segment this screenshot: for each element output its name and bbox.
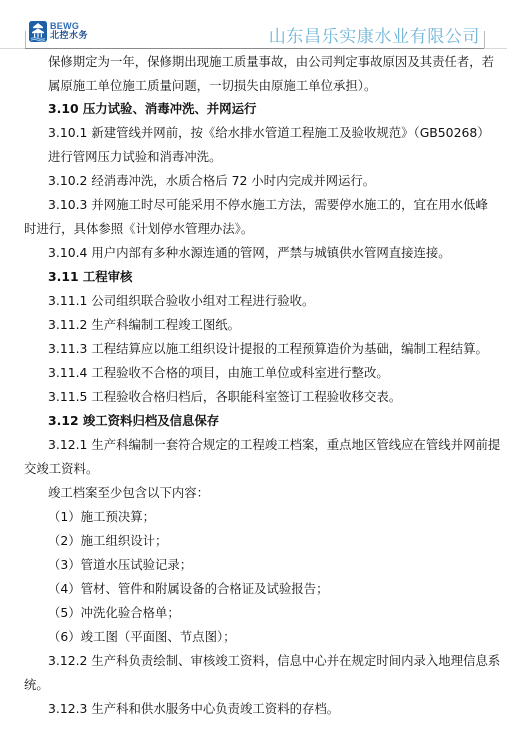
list-item: （4）管材、管件和附属设备的合格证及试验报告； bbox=[48, 581, 328, 597]
paragraph-line: 进行管网压力试验和消毒冲洗。 bbox=[48, 149, 221, 165]
logo-english-text: BEWG bbox=[50, 22, 88, 31]
paragraph-line: 3.12.3 生产科和供水服务中心负责竣工资料的存档。 bbox=[48, 701, 339, 717]
paragraph-line: 3.11.1 公司组织联合验收小组对工程进行验收。 bbox=[48, 293, 314, 309]
paragraph-line: 3.11.3 工程结算应以施工组织设计提报的工程预算造价为基础，编制工程结算。 bbox=[48, 341, 488, 357]
header-rule bbox=[25, 48, 484, 49]
header-rule-left bbox=[0, 48, 25, 49]
section-heading-3-12: 3.12 竣工资料归档及信息保存 bbox=[48, 413, 219, 429]
list-item: （6）竣工图（平面图、节点图）； bbox=[48, 629, 236, 645]
paragraph-line: 时进行，具体参照《计划停水管理办法》。 bbox=[24, 221, 253, 237]
paragraph-line: 属原施工单位施工质量问题，一切损失由原施工单位承担）。 bbox=[48, 78, 376, 94]
list-item: （3）管道水压试验记录； bbox=[48, 557, 192, 573]
header-corner-right bbox=[484, 31, 485, 48]
section-heading-3-11: 3.11 工程审核 bbox=[48, 269, 132, 285]
paragraph-line: 3.11.4 工程验收不合格的项目，由施工单位或科室进行整改。 bbox=[48, 365, 389, 381]
paragraph-line: 3.11.5 工程验收合格归档后，各职能科室签订工程验收移交表。 bbox=[48, 389, 401, 405]
company-name: 山东昌乐实康水业有限公司 bbox=[269, 27, 480, 47]
logo-chinese-text: 北控水务 bbox=[50, 32, 88, 41]
section-heading-3-10: 3.10 压力试验、消毒冲洗、并网运行 bbox=[48, 101, 256, 117]
bewg-temple-logo-icon bbox=[29, 21, 47, 42]
header-corner-left bbox=[25, 31, 26, 48]
paragraph-line: 3.10.1 新建管线并网前，按《给水排水管道工程施工及验收规范》（GB5026… bbox=[48, 125, 490, 141]
paragraph-line: 交竣工资料。 bbox=[24, 461, 98, 477]
paragraph-line: 3.12.2 生产科负责绘制、审核竣工资料，信息中心并在规定时间内录入地理信息系 bbox=[48, 653, 500, 669]
list-item: （1）施工预决算； bbox=[48, 509, 155, 525]
paragraph-line: 3.11.2 生产科编制工程竣工图纸。 bbox=[48, 317, 240, 333]
page-header: BEWG 北控水务 山东昌乐实康水业有限公司 bbox=[0, 0, 507, 50]
paragraph-line: 保修期定为一年，保修期出现施工质量事故，由公司判定事故原因及其责任者，若 bbox=[48, 54, 494, 70]
company-logo: BEWG 北控水务 bbox=[29, 21, 88, 42]
paragraph-line: 竣工档案至少包含以下内容： bbox=[48, 485, 209, 501]
list-item: （2）施工组织设计； bbox=[48, 533, 167, 549]
paragraph-line: 3.12.1 生产科编制一套符合规定的工程竣工档案，重点地区管线应在管线并网前提 bbox=[48, 437, 500, 453]
paragraph-line: 3.10.4 用户内部有多种水源连通的管网，严禁与城镇供水管网直接连接。 bbox=[48, 245, 451, 261]
header-rule-right bbox=[484, 48, 507, 49]
paragraph-line: 3.10.2 经消毒冲洗，水质合格后 72 小时内完成并网运行。 bbox=[48, 173, 375, 189]
paragraph-line: 统。 bbox=[24, 677, 49, 693]
paragraph-line: 3.10.3 并网施工时尽可能采用不停水施工方法，需要停水施工的，宜在用水低峰 bbox=[48, 197, 488, 213]
list-item: （5）冲洗化验合格单； bbox=[48, 605, 180, 621]
